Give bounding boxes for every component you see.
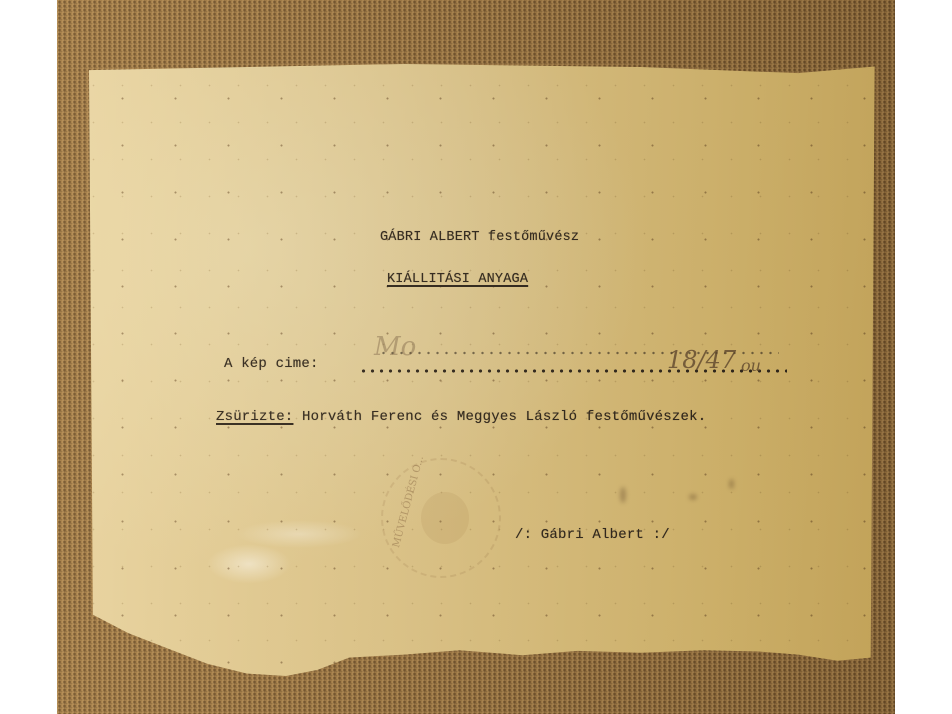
ink-smudge — [620, 487, 626, 503]
document-title: KIÁLLITÁSI ANYAGA — [387, 272, 528, 287]
handwritten-title-illegible: Mo — [374, 332, 416, 362]
paper-sheet: GÁBRI ALBERT festőművész KIÁLLITÁSI ANYA… — [89, 64, 877, 676]
ink-smudge — [729, 479, 734, 489]
picture-title-label: A kép cime: — [224, 356, 319, 372]
signature: /: Gábri Albert :/ — [515, 527, 670, 543]
ink-smudge — [689, 494, 697, 500]
jury-line: Zsürizte: Horváth Ferenc és Meggyes Lász… — [216, 409, 706, 425]
stamp-text: MŰVELŐDÉSI O... — [391, 455, 426, 549]
stamp-center — [421, 492, 469, 544]
handwritten-title-suffix: ou — [741, 356, 761, 375]
document-header: GÁBRI ALBERT festőművész — [380, 230, 579, 245]
document-photo: GÁBRI ALBERT festőművész KIÁLLITÁSI ANYA… — [57, 0, 895, 714]
jury-label: Zsürizte: — [216, 409, 293, 425]
jury-value: Horváth Ferenc és Meggyes László festőmű… — [302, 409, 706, 425]
faded-stamp: MŰVELŐDÉSI O... — [381, 458, 501, 578]
handwritten-title-number: 18/47 — [667, 346, 736, 374]
